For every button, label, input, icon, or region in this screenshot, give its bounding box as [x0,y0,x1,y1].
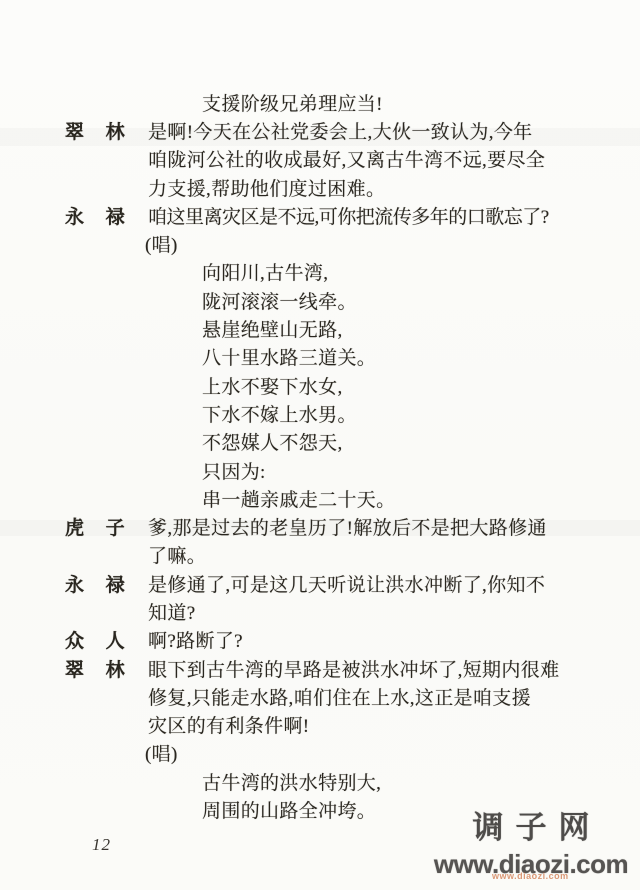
verse-line: 陇河滚滚一线牵。 [65,286,595,314]
dialogue-text: 是修通了,可是这几天听说让洪水冲断了,你知不 [148,570,545,597]
watermark-overlay-text: www.diaozi.com [492,872,569,881]
verse-line: 八十里水路三道关。 [65,343,595,371]
dialogue-text: 咱陇河公社的收成最好,又离古牛湾不远,要尽全 [148,145,545,172]
verse-text: 周围的山路全冲垮。 [202,796,376,823]
verse-line: 只因为: [65,456,595,484]
verse-text: 上水不娶下水女, [202,372,343,399]
verse-line: 下水不嫁上水男。 [65,399,595,427]
speaker-char: 人 [106,626,125,653]
verse-text: 只因为: [202,457,266,484]
verse-text: 古牛湾的洪水特别大, [202,768,381,795]
dialogue-text: 知道? [148,598,195,625]
dialogue-text: 力支援,帮助他们度过困难。 [148,174,385,201]
dialogue-line: 永 禄 咱这里离灾区是不远,可你把流传多年的口歌忘了? [65,201,595,229]
stage-direction-label: (唱) [145,739,178,766]
dialogue-continuation: 咱陇河公社的收成最好,又离古牛湾不远,要尽全 [65,145,595,173]
speaker-char: 虎 [65,513,84,540]
dialogue-line: 虎 子 爹,那是过去的老皇历了!解放后不是把大路修通 [65,512,595,540]
speaker-name: 虎 子 [65,513,125,540]
speaker-name: 翠 林 [65,117,125,144]
verse-line: 悬崖绝壁山无路, [65,314,595,342]
page-number: 12 [92,835,111,855]
site-watermark: 调子网 www.diaozi.com www.diaozi.com [424,812,638,877]
verse-text: 陇河滚滚一线牵。 [202,287,357,314]
speaker-char: 翠 [65,117,84,144]
dialogue-line: 翠 林 眼下到古牛湾的旱路是被洪水冲坏了,短期内很难 [65,654,595,682]
dialogue-text: 爹,那是过去的老皇历了!解放后不是把大路修通 [148,513,547,540]
verse-line: 支援阶级兄弟理应当! [65,88,595,116]
stage-direction: (唱) [65,229,595,257]
dialogue-continuation: 修复,只能走水路,咱们住在上水,这正是咱支援 [65,682,595,710]
verse-text: 八十里水路三道关。 [202,343,376,370]
verse-line: 上水不娶下水女, [65,371,595,399]
dialogue-text: 啊?路断了? [148,626,243,653]
verse-line: 串一趟亲戚走二十天。 [65,484,595,512]
speaker-char: 子 [106,513,125,540]
dialogue-continuation: 了嘛。 [65,541,595,569]
dialogue-text: 了嘛。 [148,541,206,568]
dialogue-text: 眼下到古牛湾的旱路是被洪水冲坏了,短期内很难 [148,655,559,682]
stage-direction-label: (唱) [145,230,178,257]
dialogue-continuation: 知道? [65,597,595,625]
dialogue-continuation: 灾区的有利条件啊! [65,711,595,739]
verse-text: 悬崖绝壁山无路, [202,315,343,342]
speaker-char: 永 [65,202,84,229]
script-text-block: 支援阶级兄弟理应当! 翠 林 是啊!今天在公社党委会上,大伙一致认为,今年 咱陇… [65,88,595,824]
speaker-char: 林 [106,117,125,144]
dialogue-line: 众 人 啊?路断了? [65,626,595,654]
dialogue-continuation: 力支援,帮助他们度过困难。 [65,173,595,201]
verse-text: 向阳川,古牛湾, [202,258,328,285]
scanned-page: 支援阶级兄弟理应当! 翠 林 是啊!今天在公社党委会上,大伙一致认为,今年 咱陇… [0,0,640,890]
dialogue-line: 永 禄 是修通了,可是这几天听说让洪水冲断了,你知不 [65,569,595,597]
watermark-site-name: 调子网 [424,812,638,843]
speaker-name: 众 人 [65,626,125,653]
dialogue-text: 是啊!今天在公社党委会上,大伙一致认为,今年 [148,117,533,144]
speaker-char: 永 [65,570,84,597]
dialogue-line: 翠 林 是啊!今天在公社党委会上,大伙一致认为,今年 [65,116,595,144]
verse-text: 下水不嫁上水男。 [202,400,357,427]
speaker-char: 禄 [106,570,125,597]
speaker-char: 林 [106,655,125,682]
speaker-char: 众 [65,626,84,653]
speaker-name: 翠 林 [65,655,125,682]
dialogue-text: 咱这里离灾区是不远,可你把流传多年的口歌忘了? [148,202,549,229]
verse-line: 不怨媒人不怨天, [65,428,595,456]
speaker-char: 禄 [106,202,125,229]
verse-text: 串一趟亲戚走二十天。 [202,485,396,512]
dialogue-text: 灾区的有利条件啊! [148,711,309,738]
verse-text: 支援阶级兄弟理应当! [202,89,383,116]
speaker-name: 永 禄 [65,202,125,229]
stage-direction: (唱) [65,739,595,767]
verse-line: 古牛湾的洪水特别大, [65,767,595,795]
verse-line: 向阳川,古牛湾, [65,258,595,286]
speaker-char: 翠 [65,655,84,682]
dialogue-text: 修复,只能走水路,咱们住在上水,这正是咱支援 [148,683,531,710]
speaker-name: 永 禄 [65,570,125,597]
verse-text: 不怨媒人不怨天, [202,428,343,455]
